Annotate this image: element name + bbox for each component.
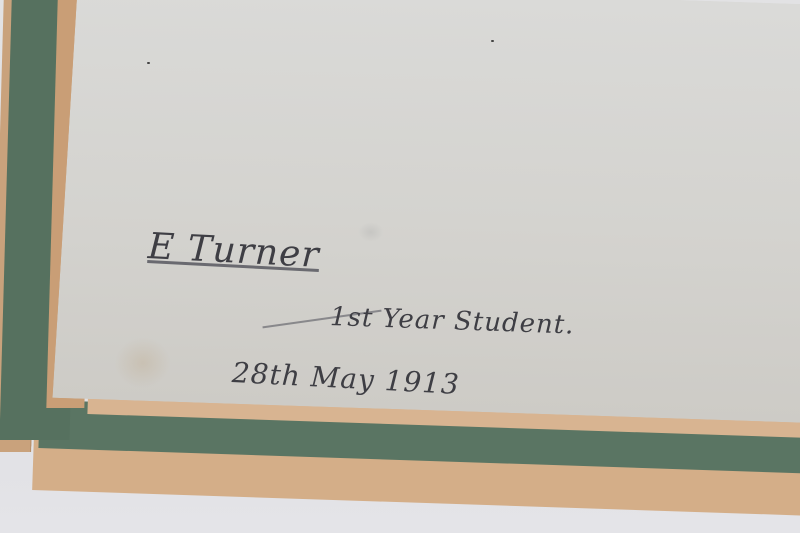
paper-speck [491, 40, 494, 42]
framed-artwork-photo: E Turner 1st Year Student. 28th May 1913 [0, 0, 800, 533]
artwork-paper [52, 0, 800, 423]
paper-speck [147, 62, 150, 64]
